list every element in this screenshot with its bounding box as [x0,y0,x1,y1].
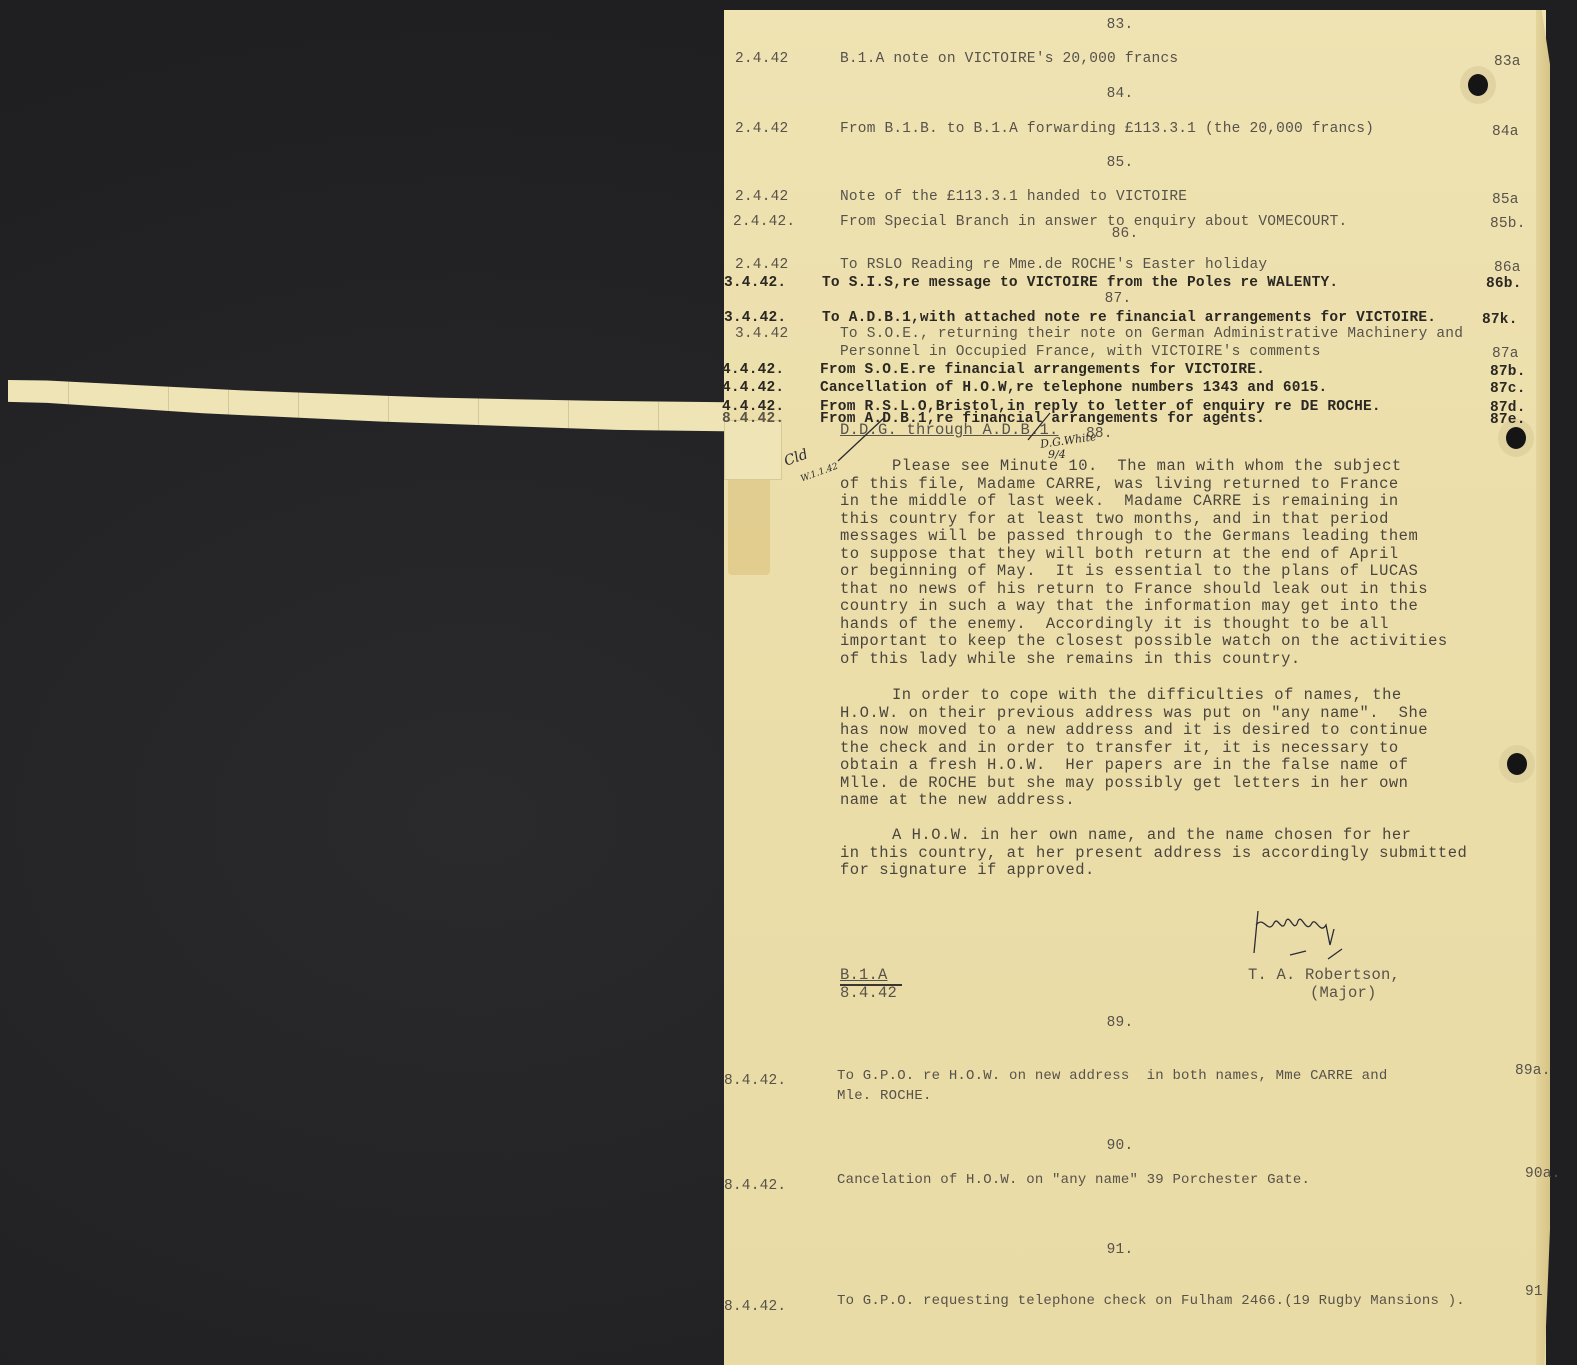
entry-date: 3.4.42. [724,310,786,327]
entry-ref: 87b. [1490,364,1526,381]
section-number: 89. [1090,1015,1150,1032]
entry-date: 2.4.42. [733,214,795,231]
entry-ref: 84a [1492,124,1519,141]
entry-date: 8.4.42. [722,411,784,428]
section-number: 90. [1090,1138,1150,1155]
section-number: 87. [1088,291,1148,308]
entry-ref: 87e. [1490,412,1526,429]
section-number: 91. [1090,1242,1150,1259]
signature-icon [1250,905,1360,965]
page-curled-edge [1536,10,1550,1365]
entry-ref: 85a [1492,192,1519,209]
entry-ref: 86a [1494,260,1521,277]
entry-text: B.1.A note on VICTOIRE's 20,000 francs [840,51,1178,68]
entry-ref: 90a. [1525,1166,1561,1183]
section-number: 84. [1090,86,1150,103]
entry-date: 8.4.42. [724,1299,786,1316]
entry-text: Cancellation of H.O.W,re telephone numbe… [820,380,1327,397]
entry-date: 2.4.42 [735,257,788,274]
paper-tape-strip [8,380,788,432]
entry-date: 2.4.42 [735,189,788,206]
entry-text: To G.P.O. requesting telephone check on … [837,1293,1465,1310]
paper-tape-strip-end [724,420,782,480]
entry-text-continued: Mle. ROCHE. [837,1088,932,1105]
entry-text: To S.O.E., returning their note on Germa… [840,326,1463,343]
entry-date: 2.4.42 [735,51,788,68]
section-number: 86. [1095,226,1155,243]
entry-ref: 85b. [1490,216,1526,233]
entry-date: 4.4.42. [722,362,784,379]
from-section: B.1.A [840,967,888,984]
punch-hole-middle [1506,427,1526,449]
entry-ref: 83a [1494,54,1521,71]
glue-stain [728,475,770,575]
punch-hole-lower [1507,753,1527,775]
entry-text: To S.I.S,re message to VICTOIRE from the… [822,275,1338,292]
signatory-name: T. A. Robertson, [1248,967,1400,984]
entry-date: 8.4.42. [724,1178,786,1195]
entry-text: To RSLO Reading re Mme.de ROCHE's Easter… [840,257,1267,274]
entry-ref: 86b. [1486,276,1522,293]
entry-ref: 87k. [1482,312,1518,329]
entry-text: To G.P.O. re H.O.W. on new address in bo… [837,1068,1388,1085]
entry-text: To A.D.B.1,with attached note re financi… [822,310,1436,327]
minute-paragraph-3: A H.O.W. in her own name, and the name c… [840,827,1467,880]
pen-stroke-icon [1020,410,1060,445]
entry-ref: 87c. [1490,381,1526,398]
entry-ref: 91 [1525,1284,1543,1301]
entry-text: From Special Branch in answer to enquiry… [840,214,1347,231]
entry-date: 3.4.42 [735,326,788,343]
from-date: 8.4.42 [840,985,897,1002]
section-number: 85. [1090,155,1150,172]
entry-date: 2.4.42 [735,121,788,138]
entry-date: 3.4.42. [724,275,786,292]
entry-date: 4.4.42. [722,380,784,397]
fraction-rule [840,984,902,986]
signatory-rank: (Major) [1310,985,1377,1002]
entry-text: Note of the £113.3.1 handed to VICTOIRE [840,189,1187,206]
entry-ref: 89a. [1515,1063,1551,1080]
entry-text-continued: Personnel in Occupied France, with VICTO… [840,344,1321,361]
entry-date: 8.4.42. [724,1073,786,1090]
minute-paragraph-2: In order to cope with the difficulties o… [840,687,1428,810]
minute-paragraph-1: Please see Minute 10. The man with whom … [840,458,1448,668]
section-number: 83. [1090,17,1150,34]
punch-hole-top [1468,74,1488,96]
entry-text: From S.O.E.re financial arrangements for… [820,362,1265,379]
entry-text: Cancelation of H.O.W. on "any name" 39 P… [837,1172,1310,1189]
entry-ref: 87a [1492,346,1519,363]
entry-text: From B.1.B. to B.1.A forwarding £113.3.1… [840,121,1374,138]
